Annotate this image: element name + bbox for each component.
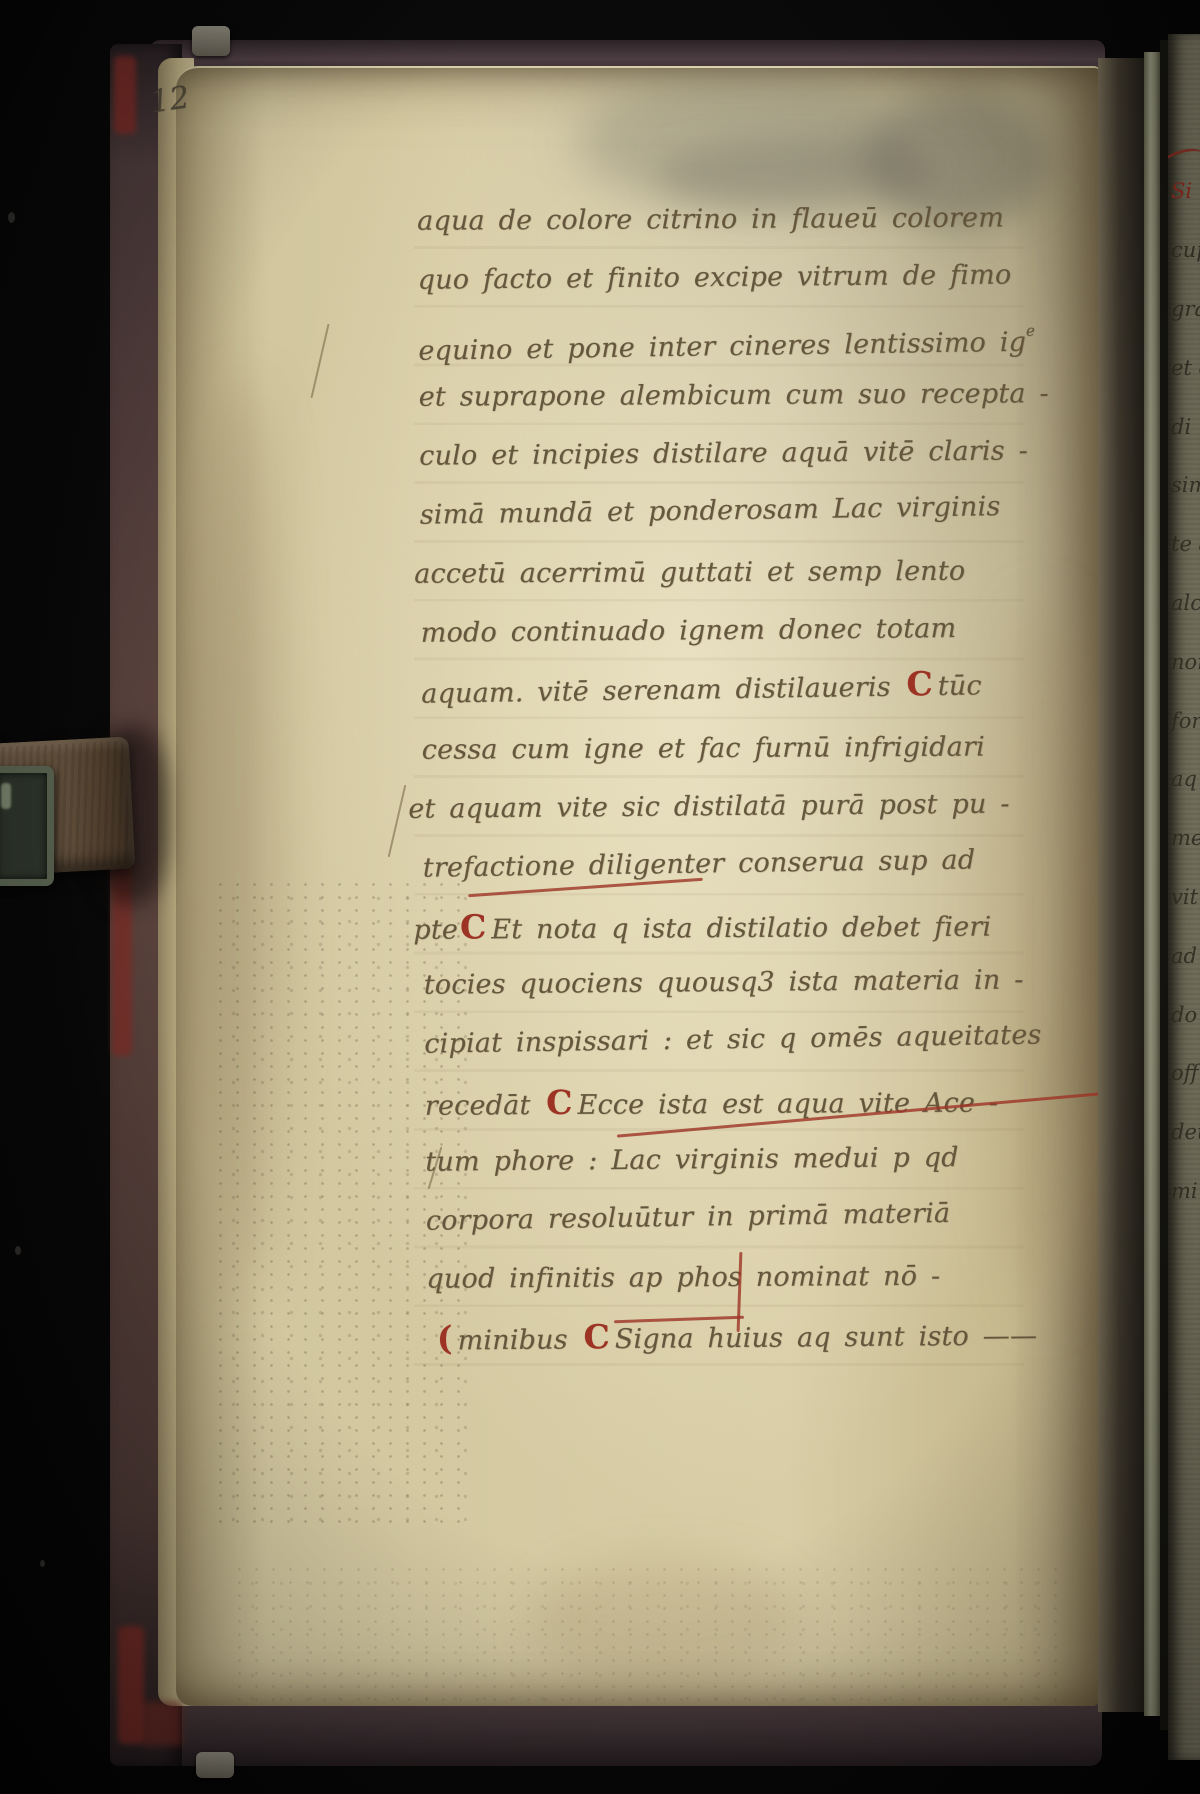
manuscript-line: equino et pone inter cineres lentissimo …: [418, 301, 1039, 369]
manuscript-line: quod infinitis ap phos nominat nō -: [426, 1248, 1046, 1310]
manuscript-line: (minibus CSigna huius aq sunt isto ——: [435, 1304, 1047, 1368]
binding-tab: [196, 1752, 234, 1778]
facing-page-text-fragment: gra: [1171, 280, 1200, 339]
manuscript-line: modo continuado ignem donec totam: [420, 599, 1040, 663]
dust-speck: [40, 1560, 45, 1567]
facing-page-text-fragment: deu: [1171, 1103, 1200, 1162]
manuscript-text-segment: tum phore : Lac virginis medui p qd: [425, 1142, 959, 1178]
manuscript-text-segment: corpora resoluūtur in primā materiā: [426, 1197, 951, 1236]
rubric-capitulum-mark: C: [904, 664, 938, 703]
manuscript-text-segment: quo facto et finito excipe vitrum de fim…: [418, 259, 1012, 295]
facing-page-text-fragment: non: [1171, 632, 1200, 691]
pen-scratch: [310, 324, 329, 399]
facing-page-text-fragment: ad: [1171, 926, 1200, 985]
cover-edge-bottom: [140, 1700, 1102, 1766]
facing-page-text-fragment: mi: [1171, 1162, 1200, 1221]
manuscript-text-segment: cessa cum igne et fac furnū infrigidari: [422, 732, 985, 766]
manuscript-line: simā mundā et ponderosam Lac virginis: [419, 478, 1040, 546]
manuscript-line: cessa cum igne et fac furnū infrigidari: [422, 718, 1042, 780]
cover-red-accent: [142, 1702, 182, 1746]
page-edge-highlight-band: [1144, 52, 1160, 1716]
facing-page-fragments: Sicupgraet cdisimte aalcanonforcaqmevita…: [1171, 162, 1200, 1220]
manuscript-text-segment: et suprapone alembicum cum suo recepta -: [419, 379, 1049, 414]
manuscript-text-segment: simā mundā et ponderosam Lac virginis: [419, 491, 1000, 531]
gutter-dark-gap: [1160, 40, 1168, 1730]
manuscript-line: culo et incipies distilare aquā vitē cla…: [419, 422, 1039, 486]
parchment-speckles: [231, 1563, 1061, 1706]
manuscript-line: trefactione diligenter conserua sup ad: [422, 830, 1043, 898]
manuscript-text-segment: equino et pone inter cineres lentissimo …: [418, 326, 1026, 366]
dust-speck: [8, 212, 15, 223]
metal-buckle: [0, 766, 54, 886]
metal-glint: [1, 783, 11, 809]
manuscript-text-segment: Signa huius aq sunt isto ——: [615, 1321, 1038, 1356]
manuscript-line: tum phore : Lac virginis medui p qd: [425, 1128, 1045, 1192]
parchment-page: aqua de colore citrino in flaueū colorem…: [176, 66, 1100, 1706]
facing-page-text-fragment: me: [1171, 809, 1200, 868]
manuscript-line: quo facto et finito excipe vitrum de fim…: [417, 246, 1037, 310]
gutter-shadow: [1098, 58, 1144, 1712]
parchment-stain: [206, 378, 280, 1298]
manuscript-line: cipiat inspissari : et sic q omēs aqueit…: [424, 1007, 1045, 1075]
manuscript-line: aqua de colore citrino in flaueū colorem: [417, 189, 1037, 251]
folio-number: 12: [148, 79, 192, 120]
manuscript-line: pteCEt nota q ista distilatio debet fier…: [413, 895, 1043, 957]
facing-page-rubric-fragment: Si: [1171, 162, 1200, 221]
manuscript-text-segment: tūc: [938, 671, 982, 703]
facing-page-text-fragment: do: [1171, 985, 1200, 1044]
manuscript-text-segment: aquam. vitē serenam distilaueris: [421, 672, 905, 710]
manuscript-line: tocies quociens quousq3 ista materia in …: [424, 952, 1044, 1016]
manuscript-line: corpora resoluūtur in primā materiā: [425, 1183, 1046, 1251]
manuscript-text-segment: tocies quociens quousq3 ista materia in …: [424, 965, 1024, 1001]
rubric-capitulum-mark: C: [581, 1317, 615, 1356]
facing-page-text-fragment: aq: [1171, 750, 1200, 809]
binding-tab: [192, 26, 230, 56]
manuscript-text-segment: minibus: [457, 1324, 581, 1356]
manuscript-text-segment: quod infinitis ap phos nominat nō -: [426, 1261, 940, 1295]
manuscript-text-segment: accetū acerrimū guttati et semp lento: [414, 555, 965, 589]
manuscript-text-segment: Et nota q ista distilatio debet fieri: [491, 911, 991, 945]
manuscript-photo-background: aqua de colore citrino in flaueū colorem…: [0, 0, 1200, 1794]
manuscript-line: aquam. vitē serenam distilaueris Ctūc: [421, 654, 1042, 722]
manuscript-text-segment: modo continuado ignem donec totam: [421, 613, 957, 649]
parchment-stain: [531, 1558, 801, 1683]
manuscript-text-segment: aqua de colore citrino in flaueū colorem: [417, 202, 1004, 236]
facing-page-text-fragment: vit: [1171, 868, 1200, 927]
facing-page-text-fragment: alca: [1171, 574, 1200, 633]
manuscript-line: accetū acerrimū guttati et semp lento: [414, 542, 1040, 604]
facing-page-text-fragment: cup: [1171, 221, 1200, 280]
manuscript-text-segment: Ecce ista est aqua vite Ace -: [577, 1087, 998, 1120]
rubric-capitulum-mark: (: [435, 1319, 458, 1358]
facing-page-text-fragment: sim: [1171, 456, 1200, 515]
manuscript-text-segment: culo et incipies distilare aquā vitē cla…: [419, 436, 1028, 472]
facing-page-text-fragment: te a: [1171, 515, 1200, 574]
manuscript-line: et aquam vite sic distilatā purā post pu…: [408, 775, 1042, 839]
manuscript-line: et suprapone alembicum cum suo recepta -: [419, 366, 1039, 428]
manuscript-text-segment: et aquam vite sic distilatā purā post pu…: [408, 789, 1010, 825]
facing-page-sliver: Sicupgraet cdisimte aalcanonforcaqmevita…: [1168, 34, 1200, 1760]
dust-speck: [15, 1246, 21, 1255]
rubric-capitulum-mark: C: [544, 1083, 577, 1122]
manuscript-text-segment: pte: [413, 914, 458, 945]
facing-page-text-fragment: off: [1171, 1044, 1200, 1103]
manuscript-text-block: aqua de colore citrino in flaueū colorem…: [417, 187, 1047, 1368]
facing-page-text-fragment: et c: [1171, 338, 1200, 397]
facing-page-text-fragment: forc: [1171, 691, 1200, 750]
rubric-capitulum-mark: C: [458, 907, 491, 946]
manuscript-text-segment: recedāt: [425, 1090, 545, 1122]
superscript-abbreviation: e: [1026, 321, 1035, 339]
spine-red-accent: [118, 1626, 144, 1744]
pen-scratch: [388, 785, 407, 858]
facing-page-text-fragment: di: [1171, 397, 1200, 456]
spine-red-accent: [114, 56, 136, 134]
manuscript-text-segment: cipiat inspissari : et sic q omēs aqueit…: [424, 1020, 1042, 1060]
